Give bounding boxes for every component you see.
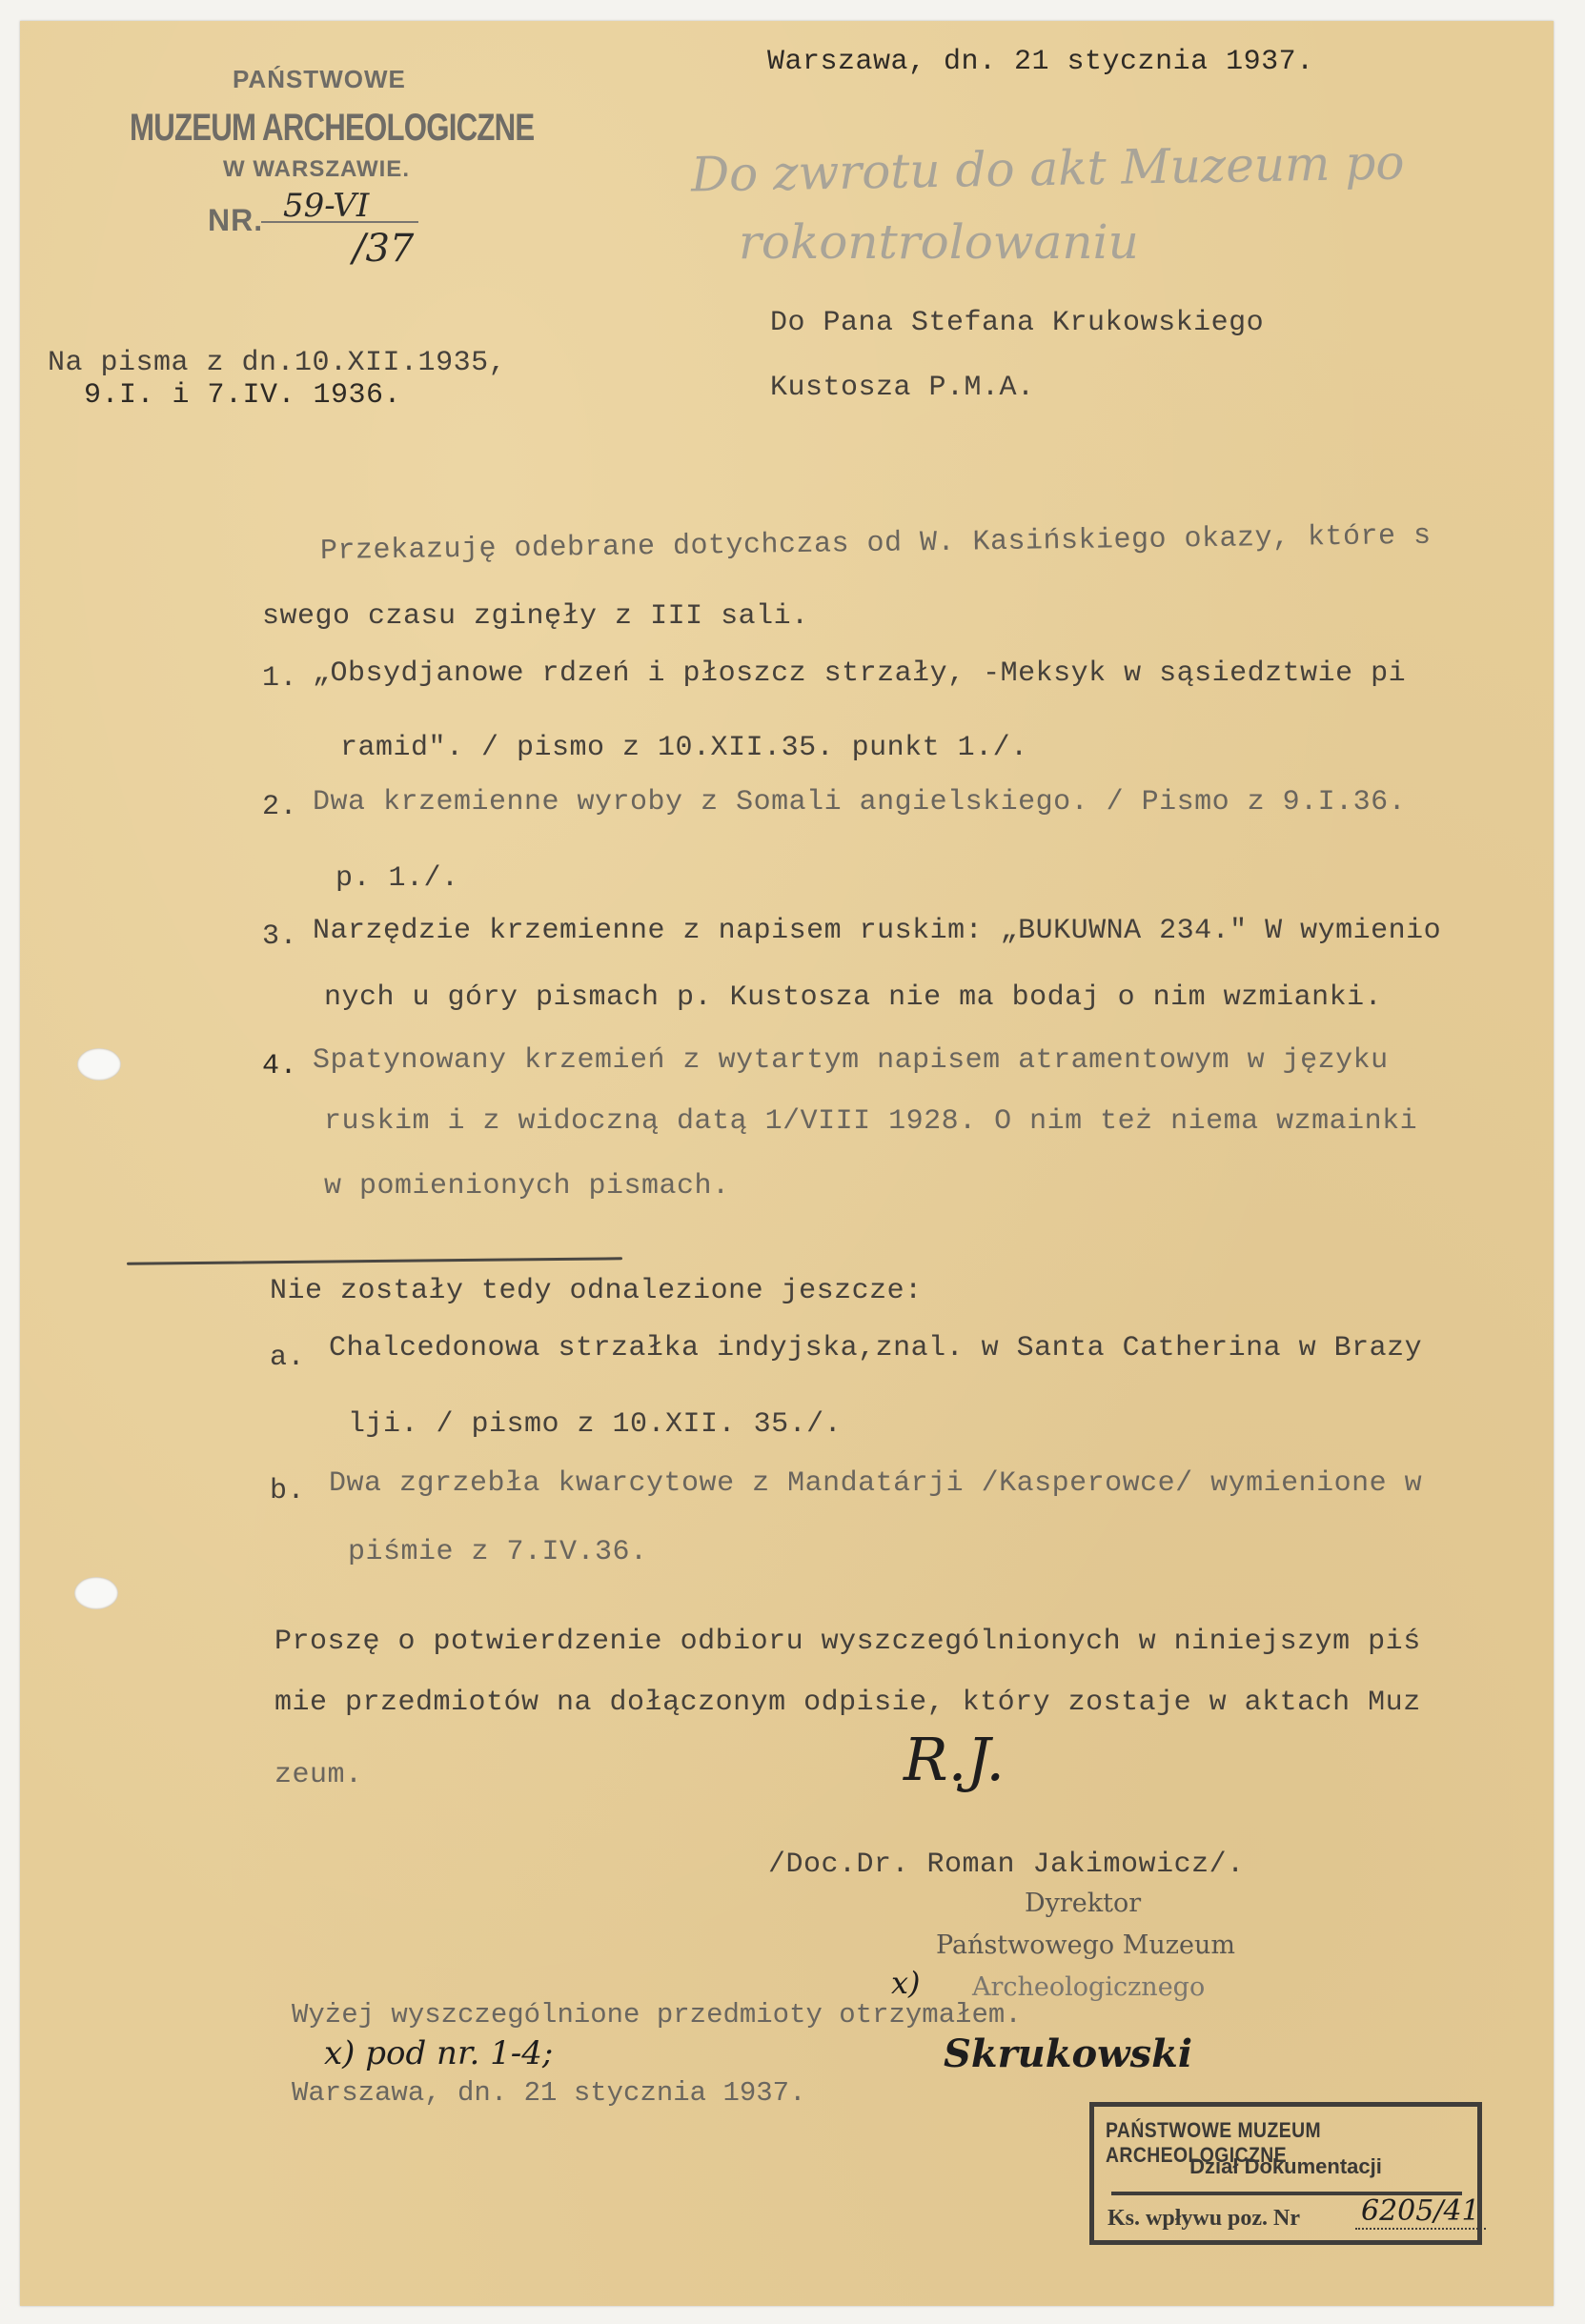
item-4-marker: 4. [262, 1050, 297, 1082]
receipt-date: Warszawa, dn. 21 stycznia 1937. [292, 2077, 806, 2109]
item-1-marker: 1. [262, 662, 297, 695]
archive-stamp-line2: Dział Dokumentacji [1094, 2154, 1477, 2179]
item-4-line2: ruskim i z widoczną datą 1/VIII 1928. O … [324, 1105, 1417, 1138]
not-found-heading: Nie zostały tedy odnalezione jeszcze: [270, 1275, 923, 1307]
receipt-signature: Skrukowski [944, 2031, 1192, 2076]
header-stamp-line1: PAŃSTWOWE [233, 65, 406, 94]
item-b-line2: piśmie z 7.IV.36. [348, 1536, 648, 1568]
addressee-line1: Do Pana Stefana Krukowskiego [770, 307, 1264, 339]
item-b-marker: b. [270, 1475, 305, 1507]
item-a-marker: a. [270, 1342, 305, 1374]
item-3-line2: nych u góry pismach p. Kustosza nie ma b… [324, 981, 1382, 1014]
header-stamp-nr-label: NR. [208, 203, 263, 238]
director-title-line3: Archeologicznego [972, 1972, 1205, 2002]
archive-stamp-number: 6205/41 [1355, 2194, 1486, 2230]
director-title-line1: Dyrektor [1025, 1889, 1141, 1918]
archive-stamp: PAŃSTWOWE MUZEUM ARCHEOLOGICZNE Dział Do… [1089, 2102, 1482, 2245]
item-2-line2: p. 1./. [335, 862, 459, 895]
director-title-line2: Państwowego Muzeum [936, 1930, 1235, 1960]
item-b-line1: Dwa zgrzebła kwarcytowe z Mandatárji /Ka… [329, 1467, 1422, 1500]
item-4-line3: w pomienionych pismach. [324, 1170, 730, 1202]
director-initials-signature: R.J. [904, 1725, 1005, 1794]
punch-hole-bottom [74, 1577, 118, 1609]
footnote-marker: x) [891, 1965, 921, 2001]
reference-line1: Na pisma z dn.10.XII.1935, [48, 347, 506, 379]
item-2-marker: 2. [262, 791, 297, 823]
intro-line2: swego czasu zginęły z III sali. [262, 600, 809, 633]
reference-line2: 9.I. i 7.IV. 1936. [84, 379, 401, 412]
addressee-line2: Kustosza P.M.A. [770, 372, 1035, 404]
punch-hole-top [77, 1048, 121, 1081]
item-a-line2: lji. / pismo z 10.XII. 35./. [348, 1408, 842, 1441]
closing-line1: Proszę o potwierdzenie odbioru wyszczegó… [274, 1626, 1421, 1658]
archive-stamp-label: Ks. wpływu poz. Nr [1107, 2206, 1300, 2232]
item-1-line1: „Obsydjanowe rdzeń i płoszcz strzały, -M… [313, 657, 1406, 690]
header-stamp-line2: MUZEUM ARCHEOLOGICZNE [130, 107, 534, 150]
date-line: Warszawa, dn. 21 stycznia 1937. [767, 46, 1314, 78]
header-stamp-line3: W WARSZAWIE. [223, 156, 410, 183]
item-4-line1: Spatynowany krzemień z wytartym napisem … [313, 1044, 1389, 1077]
item-3-marker: 3. [262, 920, 297, 953]
director-name: /Doc.Dr. Roman Jakimowicz/. [768, 1849, 1245, 1881]
pencil-note-line2: rokontrolowaniu [739, 214, 1139, 270]
item-a-line1: Chalcedonowa strzałka indyjska,znal. w S… [329, 1332, 1422, 1364]
header-stamp-nr-year: /37 [353, 227, 414, 271]
closing-line2: mie przedmiotów na dołączonym odpisie, k… [274, 1687, 1421, 1719]
item-3-line1: Narzędzie krzemienne z napisem ruskim: „… [313, 915, 1441, 947]
receipt-text: Wyżej wyszczególnione przedmioty otrzyma… [292, 1999, 1022, 2031]
header-stamp-nr-value: 59-VI [283, 187, 369, 225]
closing-line3: zeum. [274, 1759, 363, 1791]
receipt-handwritten-note: x) pod nr. 1-4; [324, 2034, 553, 2072]
item-1-line2: ramid". / pismo z 10.XII.35. punkt 1./. [340, 732, 1028, 764]
item-2-line1: Dwa krzemienne wyroby z Somali angielski… [313, 786, 1406, 818]
